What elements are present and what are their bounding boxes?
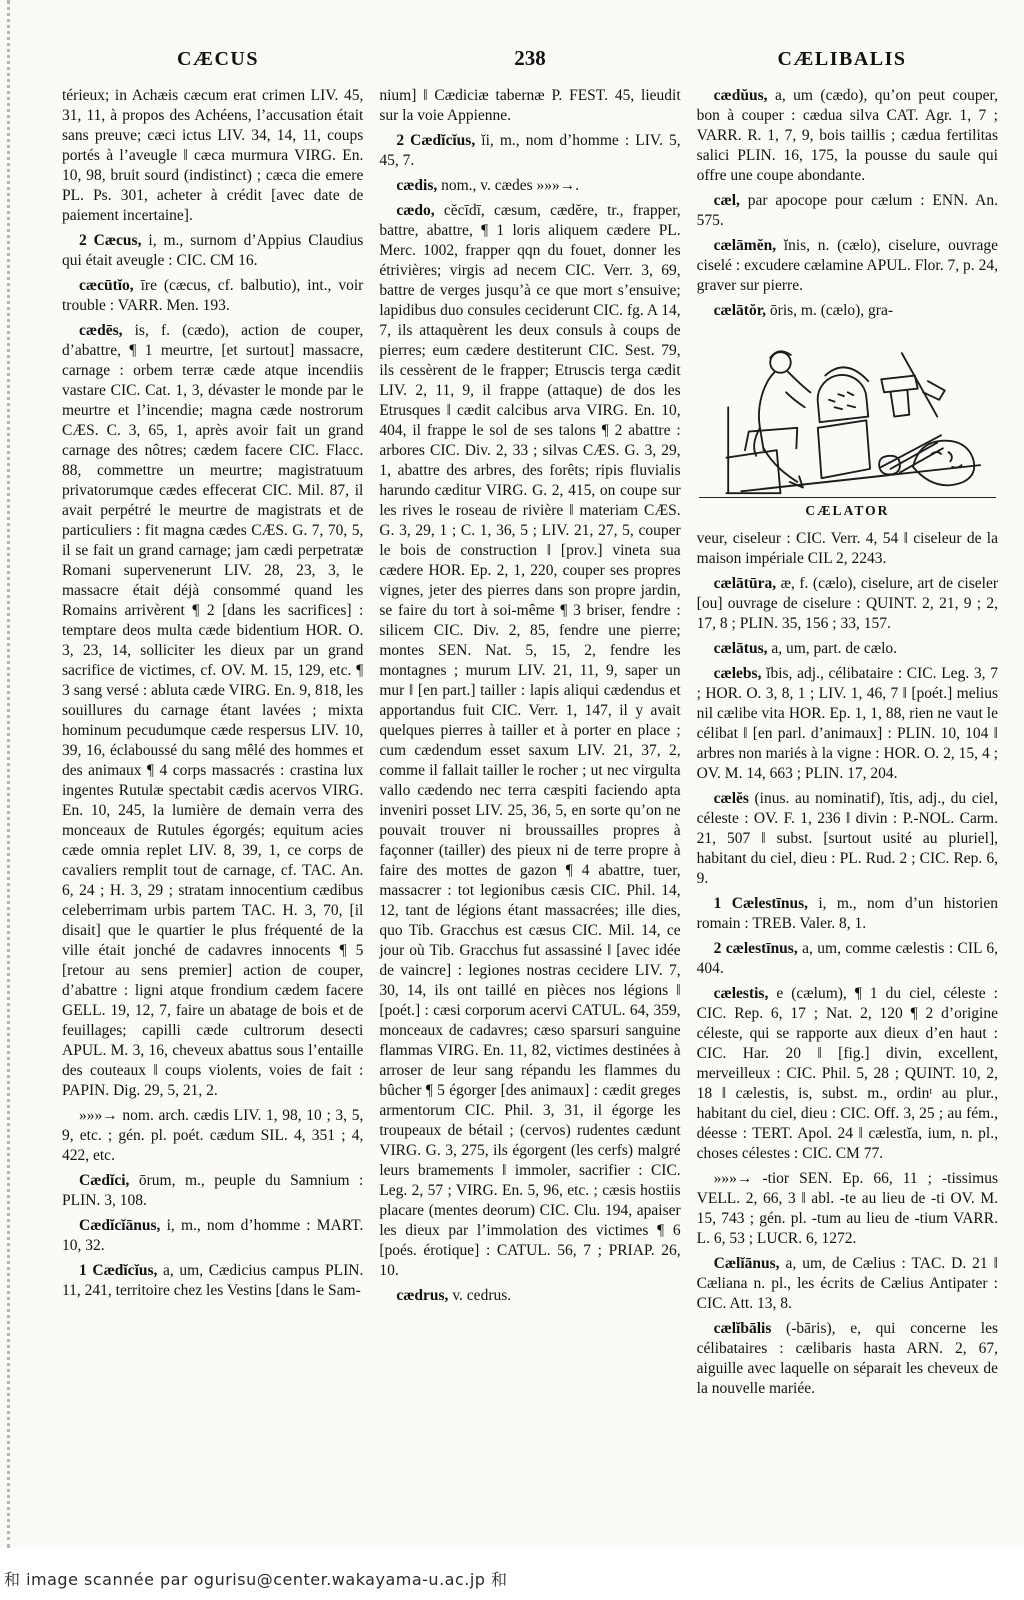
dictionary-entry: cædis, nom., v. cædes »»»→. — [379, 176, 680, 196]
entry-headword: Cædĭcĭānus, — [79, 1217, 160, 1234]
entry-text: veur, ciseleur : CIC. Verr. 4, 54 ‖ cise… — [697, 530, 998, 567]
scan-binding-edge — [7, 0, 10, 1548]
dictionary-entry: cælātūra, æ, f. (cælo), ciselure, art de… — [697, 574, 998, 634]
column-right-bottom: veur, ciseleur : CIC. Verr. 4, 54 ‖ cise… — [697, 529, 998, 1399]
dictionary-entry: 2 Cædĭcĭus, ĭi, m., nom d’homme : LIV. 5… — [379, 131, 680, 171]
dictionary-entry: cæcūtĭo, īre (cæcus, cf. balbutio), int.… — [62, 276, 363, 316]
dictionary-entry: cædrus, v. cedrus. — [379, 1286, 680, 1306]
scanned-dictionary-page: CÆCUS 238 CÆLIBALIS térieux; in Achæis c… — [0, 0, 1024, 1600]
entry-headword: cædēs, — [79, 322, 122, 339]
column-left: térieux; in Achæis cæcum erat crimen LIV… — [62, 86, 363, 1404]
entry-headword: 2 Cædĭcĭus, — [396, 132, 475, 149]
entry-headword: 2 Cæcus, — [79, 232, 141, 249]
running-title-left: CÆCUS — [62, 48, 374, 71]
dictionary-entry: cælĕs (inus. au nominatif), ĭtis, adj., … — [697, 789, 998, 889]
page-header: CÆCUS 238 CÆLIBALIS — [62, 46, 998, 71]
caelator-engraving — [697, 327, 998, 495]
figure-caption: CÆLATOR — [697, 501, 998, 521]
entry-headword: cæl, — [714, 192, 740, 209]
entry-text: ĭbis, adj., célibataire : CIC. Leg. 3, 7… — [697, 665, 998, 782]
page-number: 238 — [374, 46, 686, 71]
entry-headword: Cædĭci, — [79, 1172, 129, 1189]
column-right-top: cædŭus, a, um (cædo), qu’on peut couper,… — [697, 86, 998, 321]
entry-headword: cælāmĕn, — [714, 237, 776, 254]
scan-credit: 和 image scannée par ogurisu@center.wakay… — [4, 1567, 508, 1590]
dictionary-entry: cælātus, a, um, part. de cælo. — [697, 639, 998, 659]
dictionary-entry: Cædĭcĭānus, i, m., nom d’homme : MART. 1… — [62, 1216, 363, 1256]
entry-headword: cælĭbālis — [714, 1320, 772, 1337]
entry-text: v. cedrus. — [448, 1287, 511, 1304]
dictionary-entry: cælāmĕn, ĭnis, n. (cælo), ciselure, ouvr… — [697, 236, 998, 296]
entry-text: térieux; in Achæis cæcum erat crimen LIV… — [62, 87, 363, 224]
dictionary-entry: nium] ‖ Cædiciæ tabernæ P. FEST. 45, lie… — [379, 86, 680, 126]
entry-headword: cælebs, — [714, 665, 762, 682]
dictionary-entry: cædēs, is, f. (cædo), action de couper, … — [62, 321, 363, 1101]
entry-headword: cædo, — [396, 202, 434, 219]
column-middle: nium] ‖ Cædiciæ tabernæ P. FEST. 45, lie… — [379, 86, 680, 1404]
entry-text: is, f. (cædo), action de couper, d’abatt… — [62, 322, 363, 1099]
entry-headword: cælātus, — [714, 640, 768, 657]
entry-headword: cædŭus, — [714, 87, 768, 104]
entry-text: par apocope pour cælum : ENN. An. 575. — [697, 192, 998, 229]
dictionary-entry: Cædĭci, ōrum, m., peuple du Samnium : PL… — [62, 1171, 363, 1211]
entry-text: e (cælum), ¶ 1 du ciel, céleste : CIC. R… — [697, 985, 998, 1162]
entry-headword: 2 cælestīnus, — [714, 940, 798, 957]
dictionary-entry: 2 Cæcus, i, m., surnom d’Appius Claudius… — [62, 231, 363, 271]
entry-headword: cædis, — [396, 177, 437, 194]
dictionary-entry: cæl, par apocope pour cælum : ENN. An. 5… — [697, 191, 998, 231]
entry-text: cĕcīdī, cæsum, cædĕre, tr., frapper, bat… — [379, 202, 680, 1279]
entry-text: ōris, m. (cælo), gra- — [766, 302, 893, 319]
dictionary-entry: veur, ciseleur : CIC. Verr. 4, 54 ‖ cise… — [697, 529, 998, 569]
dictionary-entry: »»»→ nom. arch. cædis LIV. 1, 98, 10 ; 3… — [62, 1106, 363, 1166]
entry-text: a, um, part. de cælo. — [767, 640, 897, 657]
entry-headword: cædrus, — [396, 1287, 448, 1304]
caelator-figure: CÆLATOR — [697, 327, 998, 521]
dictionary-entry: cælebs, ĭbis, adj., célibataire : CIC. L… — [697, 664, 998, 784]
dictionary-entry: 1 Cælestīnus, i, m., nom d’un historien … — [697, 894, 998, 934]
dictionary-entry: cædŭus, a, um (cædo), qu’on peut couper,… — [697, 86, 998, 186]
text-columns: térieux; in Achæis cæcum erat crimen LIV… — [62, 86, 998, 1404]
entry-headword: 1 Cælestīnus, — [714, 895, 808, 912]
dictionary-entry: Cælĭānus, a, um, de Cælius : TAC. D. 21 … — [697, 1254, 998, 1314]
entry-headword: cæcūtĭo, — [79, 277, 134, 294]
dictionary-entry: cædo, cĕcīdī, cæsum, cædĕre, tr., frappe… — [379, 201, 680, 1281]
entry-headword: Cælĭānus, — [714, 1255, 780, 1272]
entry-headword: cælĕs — [714, 790, 749, 807]
entry-headword: cælātūra, — [714, 575, 776, 592]
entry-headword: cælestis, — [714, 985, 769, 1002]
entry-headword: 1 Cædĭcĭus, — [79, 1262, 157, 1279]
column-right: cædŭus, a, um (cædo), qu’on peut couper,… — [697, 86, 998, 1404]
figure-rule — [699, 497, 996, 498]
dictionary-entry: 2 cælestīnus, a, um, comme cælestis : CI… — [697, 939, 998, 979]
dictionary-entry: térieux; in Achæis cæcum erat crimen LIV… — [62, 86, 363, 226]
dictionary-entry: »»»→ -tior SEN. Ep. 66, 11 ; -tissimus V… — [697, 1169, 998, 1249]
running-title-right: CÆLIBALIS — [686, 48, 998, 71]
dictionary-entry: cælestis, e (cælum), ¶ 1 du ciel, célest… — [697, 984, 998, 1164]
entry-text: nom., v. cædes »»»→. — [437, 177, 579, 194]
entry-text: »»»→ nom. arch. cædis LIV. 1, 98, 10 ; 3… — [62, 1107, 363, 1164]
entry-text: nium] ‖ Cædiciæ tabernæ P. FEST. 45, lie… — [379, 87, 680, 124]
dictionary-entry: cælātŏr, ōris, m. (cælo), gra- — [697, 301, 998, 321]
entry-headword: cælātŏr, — [714, 302, 766, 319]
entry-text: »»»→ -tior SEN. Ep. 66, 11 ; -tissimus V… — [697, 1170, 998, 1247]
dictionary-entry: 1 Cædĭcĭus, a, um, Cædicius campus PLIN.… — [62, 1261, 363, 1301]
dictionary-entry: cælĭbālis (-bāris), e, qui concerne les … — [697, 1319, 998, 1399]
